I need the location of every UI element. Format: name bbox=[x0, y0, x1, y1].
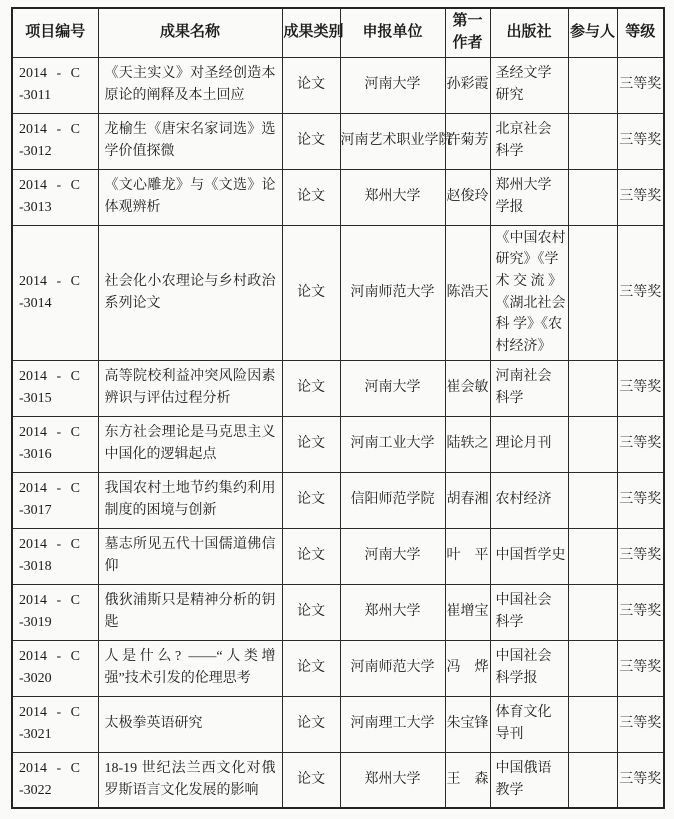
cell-first-author: 陆轶之 bbox=[445, 416, 490, 472]
cell-achievement-name: 人是什么? ——“人类增强”技术引发的伦理思考 bbox=[98, 640, 282, 696]
cell-participants bbox=[568, 640, 617, 696]
cell-first-author: 崔会敏 bbox=[445, 360, 490, 416]
cell-unit: 信阳师范学院 bbox=[340, 472, 445, 528]
cell-achievement-name: 俄狄浦斯只是精神分析的钥匙 bbox=[98, 584, 282, 640]
cell-achievement-name: 东方社会理论是马克思主义中国化的逻辑起点 bbox=[98, 416, 282, 472]
cell-unit: 河南理工大学 bbox=[340, 696, 445, 752]
cell-category: 论文 bbox=[282, 584, 340, 640]
table-row: 2014 - C -3011《天主实义》对圣经创造本原论的阐释及本土回应论文河南… bbox=[12, 57, 664, 113]
cell-first-author: 赵俊玲 bbox=[445, 169, 490, 225]
cell-grade: 三等奖 bbox=[617, 416, 664, 472]
cell-participants bbox=[568, 416, 617, 472]
cell-publisher: 《中国农村 研究》《学 术 交 流 》 《湖北社会 科 学》《农 村经济》 bbox=[490, 225, 568, 360]
cell-project-id: 2014 - C -3014 bbox=[12, 225, 98, 360]
cell-first-author: 胡春湘 bbox=[445, 472, 490, 528]
cell-first-author: 陈浩天 bbox=[445, 225, 490, 360]
cell-participants bbox=[568, 113, 617, 169]
cell-publisher: 河南社会 科学 bbox=[490, 360, 568, 416]
table-row: 2014 - C -3015高等院校利益冲突风险因素辨识与评估过程分析论文河南大… bbox=[12, 360, 664, 416]
cell-first-author: 许菊芳 bbox=[445, 113, 490, 169]
cell-publisher: 农村经济 bbox=[490, 472, 568, 528]
table-row: 2014 - C -3016东方社会理论是马克思主义中国化的逻辑起点论文河南工业… bbox=[12, 416, 664, 472]
cell-unit: 河南师范大学 bbox=[340, 225, 445, 360]
cell-project-id: 2014 - C -3012 bbox=[12, 113, 98, 169]
cell-project-id: 2014 - C -3017 bbox=[12, 472, 98, 528]
cell-achievement-name: 《文心雕龙》与《文选》论体观辨析 bbox=[98, 169, 282, 225]
cell-publisher: 体育文化 导刊 bbox=[490, 696, 568, 752]
cell-achievement-name: 我国农村土地节约集约利用制度的困境与创新 bbox=[98, 472, 282, 528]
table-row: 2014 - C -3014社会化小农理论与乡村政治系列论文论文河南师范大学陈浩… bbox=[12, 225, 664, 360]
cell-grade: 三等奖 bbox=[617, 113, 664, 169]
cell-grade: 三等奖 bbox=[617, 57, 664, 113]
cell-grade: 三等奖 bbox=[617, 169, 664, 225]
header-publisher: 出版社 bbox=[490, 8, 568, 57]
cell-unit: 郑州大学 bbox=[340, 169, 445, 225]
cell-publisher: 北京社会 科学 bbox=[490, 113, 568, 169]
cell-category: 论文 bbox=[282, 696, 340, 752]
awards-results-table: 项目编号 成果名称 成果类别 申报单位 第一 作者 出版社 参与人 等级 201… bbox=[11, 7, 665, 809]
cell-unit: 河南大学 bbox=[340, 57, 445, 113]
cell-category: 论文 bbox=[282, 528, 340, 584]
cell-project-id: 2014 - C -3019 bbox=[12, 584, 98, 640]
cell-achievement-name: 太极拳英语研究 bbox=[98, 696, 282, 752]
cell-achievement-name: 墓志所见五代十国儒道佛信仰 bbox=[98, 528, 282, 584]
cell-project-id: 2014 - C -3015 bbox=[12, 360, 98, 416]
cell-unit: 河南大学 bbox=[340, 360, 445, 416]
cell-unit: 河南工业大学 bbox=[340, 416, 445, 472]
cell-grade: 三等奖 bbox=[617, 696, 664, 752]
cell-category: 论文 bbox=[282, 416, 340, 472]
table-header: 项目编号 成果名称 成果类别 申报单位 第一 作者 出版社 参与人 等级 bbox=[12, 8, 664, 57]
table-row: 2014 - C -3017我国农村土地节约集约利用制度的困境与创新论文信阳师范… bbox=[12, 472, 664, 528]
cell-grade: 三等奖 bbox=[617, 584, 664, 640]
header-achievement-name: 成果名称 bbox=[98, 8, 282, 57]
cell-project-id: 2014 - C -3021 bbox=[12, 696, 98, 752]
scanned-document-page: 项目编号 成果名称 成果类别 申报单位 第一 作者 出版社 参与人 等级 201… bbox=[0, 0, 674, 819]
cell-grade: 三等奖 bbox=[617, 360, 664, 416]
cell-first-author: 孙彩霞 bbox=[445, 57, 490, 113]
cell-achievement-name: 社会化小农理论与乡村政治系列论文 bbox=[98, 225, 282, 360]
cell-category: 论文 bbox=[282, 169, 340, 225]
cell-grade: 三等奖 bbox=[617, 472, 664, 528]
cell-first-author: 叶 平 bbox=[445, 528, 490, 584]
table-row: 2014 - C -3018墓志所见五代十国儒道佛信仰论文河南大学叶 平中国哲学… bbox=[12, 528, 664, 584]
cell-project-id: 2014 - C -3020 bbox=[12, 640, 98, 696]
cell-publisher: 圣经文学 研究 bbox=[490, 57, 568, 113]
cell-category: 论文 bbox=[282, 360, 340, 416]
header-participants: 参与人 bbox=[568, 8, 617, 57]
header-row: 项目编号 成果名称 成果类别 申报单位 第一 作者 出版社 参与人 等级 bbox=[12, 8, 664, 57]
table-body: 2014 - C -3011《天主实义》对圣经创造本原论的阐释及本土回应论文河南… bbox=[12, 57, 664, 808]
cell-publisher: 中国社会 科学 bbox=[490, 584, 568, 640]
cell-unit: 河南师范大学 bbox=[340, 640, 445, 696]
cell-first-author: 冯 烨 bbox=[445, 640, 490, 696]
cell-grade: 三等奖 bbox=[617, 752, 664, 808]
cell-project-id: 2014 - C -3022 bbox=[12, 752, 98, 808]
cell-participants bbox=[568, 696, 617, 752]
cell-project-id: 2014 - C -3018 bbox=[12, 528, 98, 584]
cell-unit: 郑州大学 bbox=[340, 584, 445, 640]
cell-grade: 三等奖 bbox=[617, 225, 664, 360]
cell-participants bbox=[568, 225, 617, 360]
cell-achievement-name: 高等院校利益冲突风险因素辨识与评估过程分析 bbox=[98, 360, 282, 416]
cell-unit: 河南大学 bbox=[340, 528, 445, 584]
table-row: 2014 - C -3019俄狄浦斯只是精神分析的钥匙论文郑州大学崔增宝中国社会… bbox=[12, 584, 664, 640]
cell-publisher: 中国俄语 教学 bbox=[490, 752, 568, 808]
cell-project-id: 2014 - C -3016 bbox=[12, 416, 98, 472]
cell-publisher: 理论月刊 bbox=[490, 416, 568, 472]
header-grade: 等级 bbox=[617, 8, 664, 57]
cell-publisher: 郑州大学 学报 bbox=[490, 169, 568, 225]
header-first-author: 第一 作者 bbox=[445, 8, 490, 57]
table-row: 2014 - C -3013《文心雕龙》与《文选》论体观辨析论文郑州大学赵俊玲郑… bbox=[12, 169, 664, 225]
cell-grade: 三等奖 bbox=[617, 528, 664, 584]
cell-publisher: 中国社会 科学报 bbox=[490, 640, 568, 696]
cell-unit: 郑州大学 bbox=[340, 752, 445, 808]
cell-category: 论文 bbox=[282, 225, 340, 360]
cell-category: 论文 bbox=[282, 752, 340, 808]
cell-achievement-name: 《天主实义》对圣经创造本原论的阐释及本土回应 bbox=[98, 57, 282, 113]
cell-participants bbox=[568, 169, 617, 225]
cell-first-author: 朱宝锋 bbox=[445, 696, 490, 752]
cell-grade: 三等奖 bbox=[617, 640, 664, 696]
cell-publisher: 中国哲学史 bbox=[490, 528, 568, 584]
cell-category: 论文 bbox=[282, 472, 340, 528]
cell-achievement-name: 18-19 世纪法兰西文化对俄罗斯语言文化发展的影响 bbox=[98, 752, 282, 808]
table-row: 2014 - C -3021太极拳英语研究论文河南理工大学朱宝锋体育文化 导刊三… bbox=[12, 696, 664, 752]
cell-first-author: 王 森 bbox=[445, 752, 490, 808]
cell-category: 论文 bbox=[282, 640, 340, 696]
cell-participants bbox=[568, 472, 617, 528]
cell-unit: 河南艺术职业学院 bbox=[340, 113, 445, 169]
cell-achievement-name: 龙榆生《唐宋名家词选》选学价值探微 bbox=[98, 113, 282, 169]
header-category: 成果类别 bbox=[282, 8, 340, 57]
table-row: 2014 - C -3012龙榆生《唐宋名家词选》选学价值探微论文河南艺术职业学… bbox=[12, 113, 664, 169]
table-row: 2014 - C -3020人是什么? ——“人类增强”技术引发的伦理思考论文河… bbox=[12, 640, 664, 696]
cell-participants bbox=[568, 584, 617, 640]
cell-category: 论文 bbox=[282, 57, 340, 113]
cell-category: 论文 bbox=[282, 113, 340, 169]
header-unit: 申报单位 bbox=[340, 8, 445, 57]
cell-participants bbox=[568, 752, 617, 808]
cell-participants bbox=[568, 57, 617, 113]
cell-participants bbox=[568, 528, 617, 584]
cell-first-author: 崔增宝 bbox=[445, 584, 490, 640]
cell-project-id: 2014 - C -3011 bbox=[12, 57, 98, 113]
table-row: 2014 - C -302218-19 世纪法兰西文化对俄罗斯语言文化发展的影响… bbox=[12, 752, 664, 808]
header-project-id: 项目编号 bbox=[12, 8, 98, 57]
cell-project-id: 2014 - C -3013 bbox=[12, 169, 98, 225]
cell-participants bbox=[568, 360, 617, 416]
